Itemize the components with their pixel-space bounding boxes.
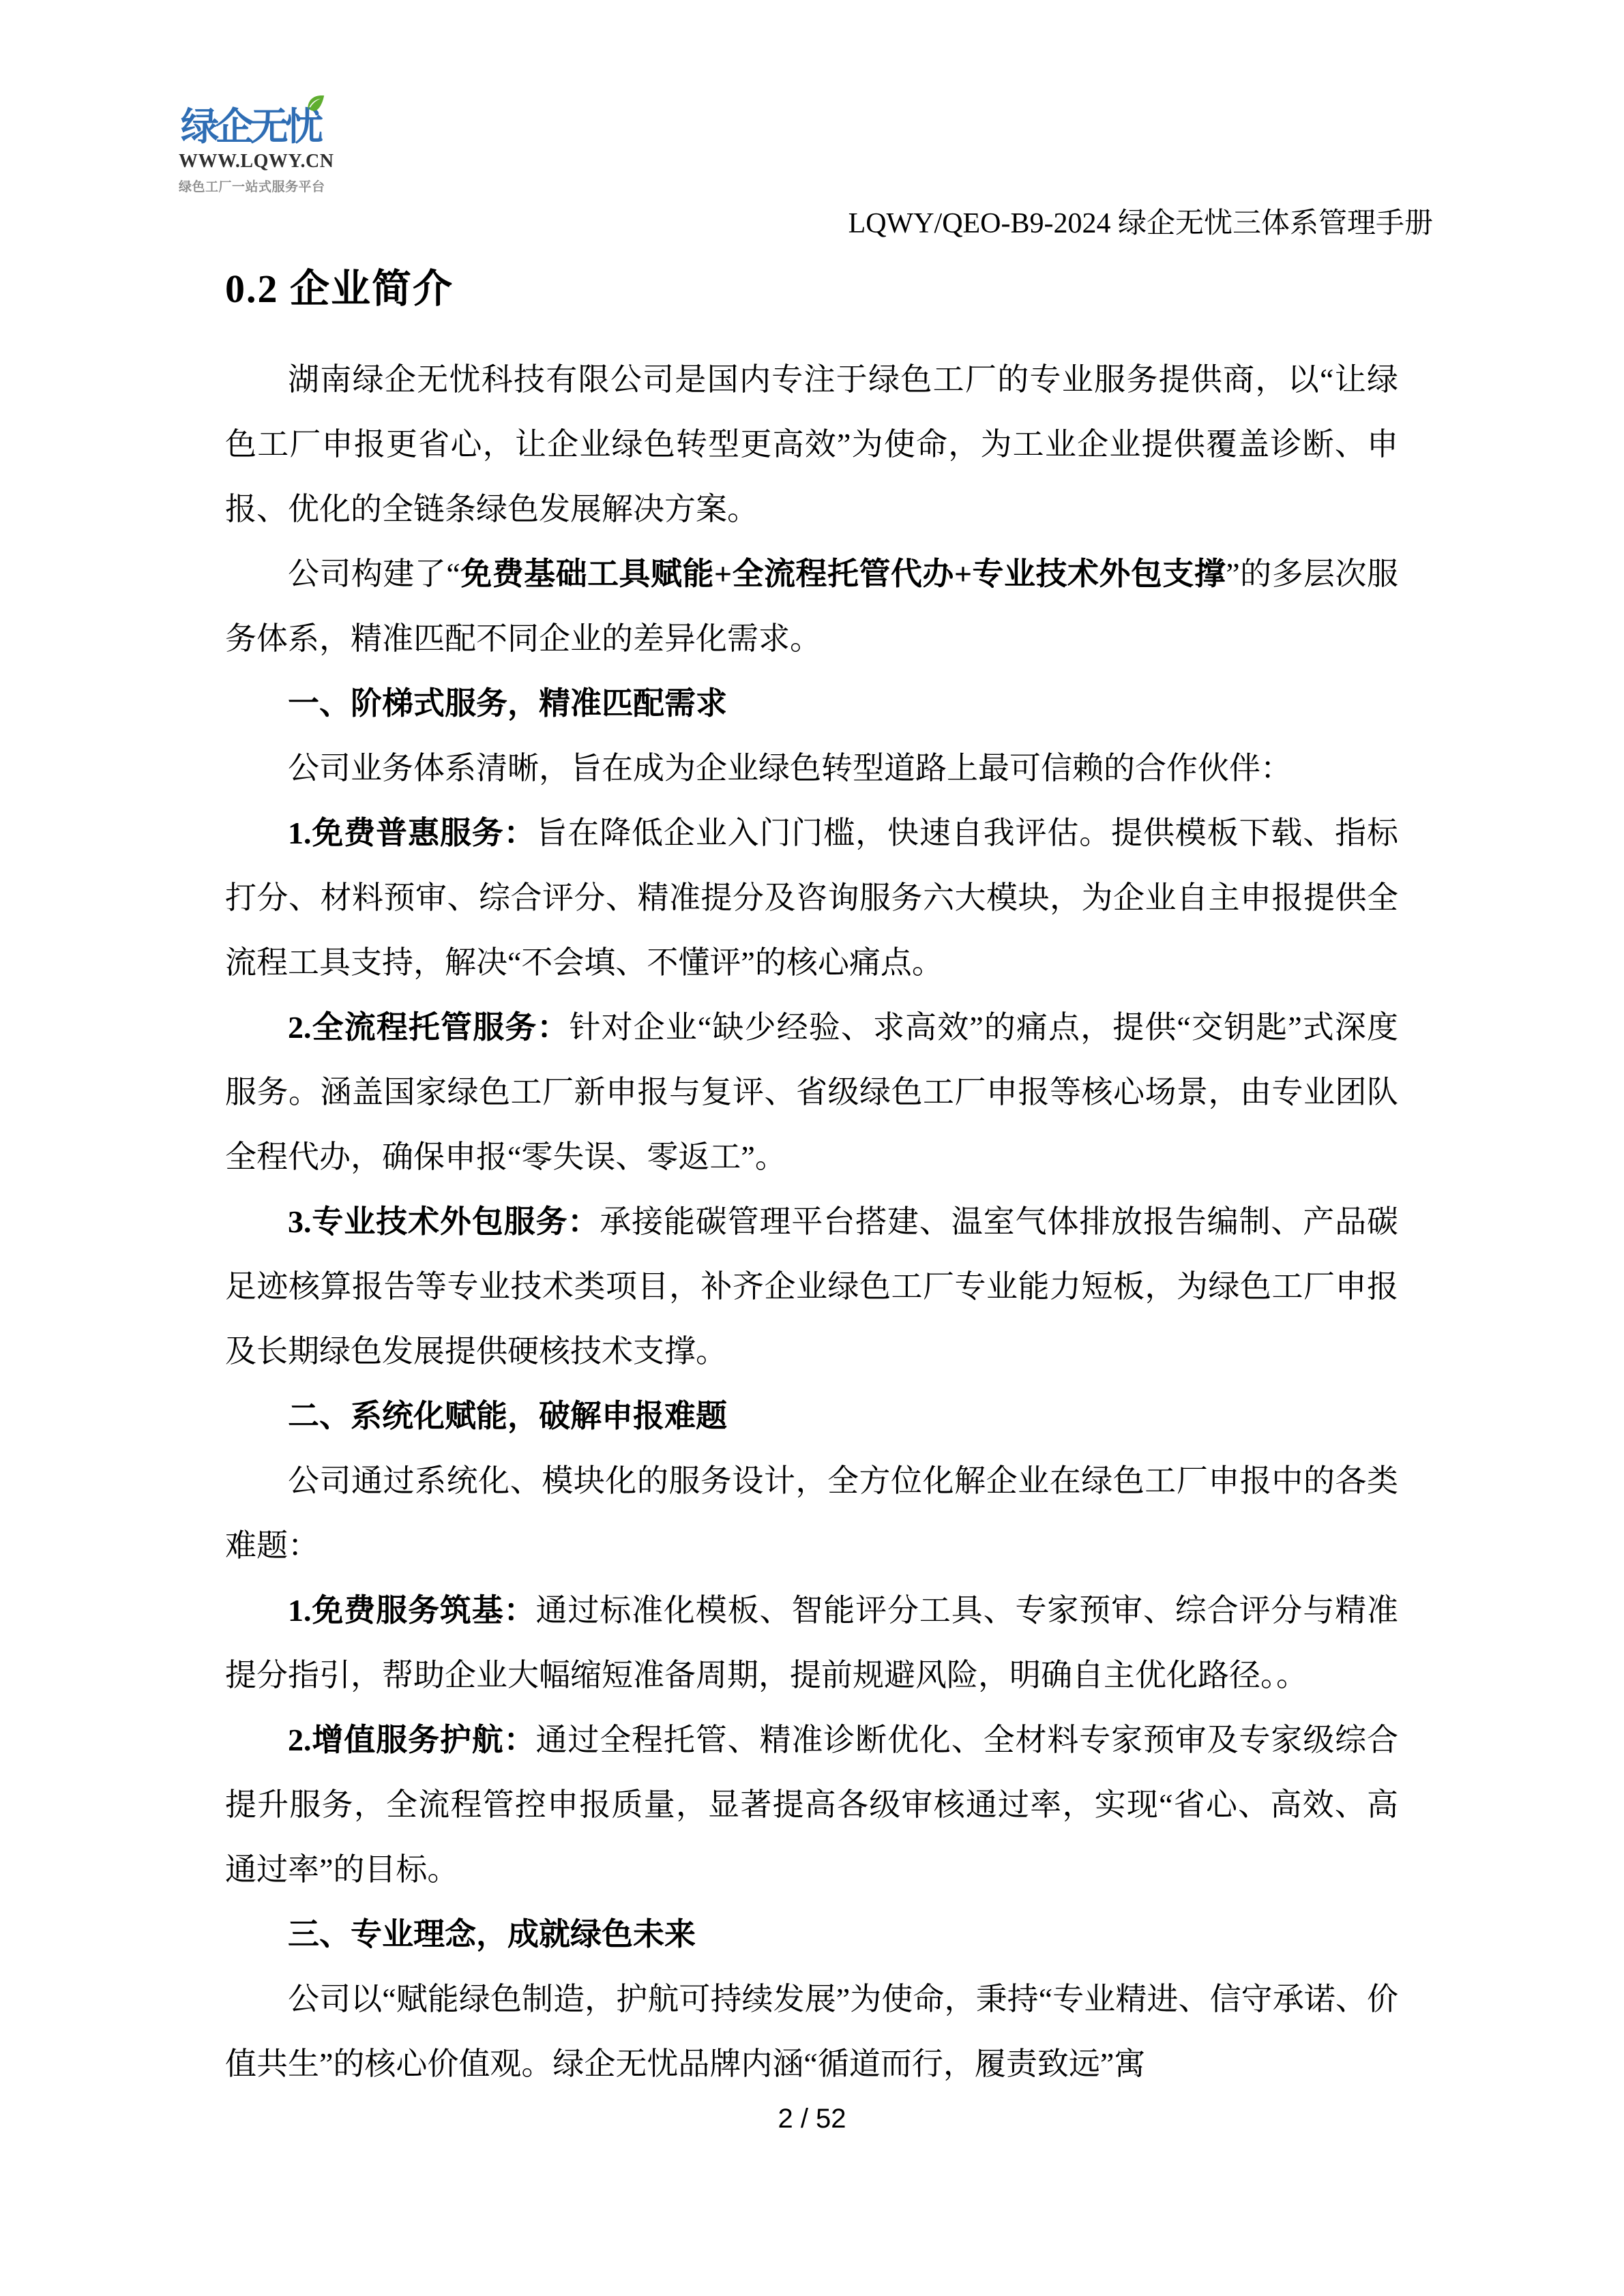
section-heading: 三、专业理念，成就绿色未来 <box>225 1902 1398 1967</box>
paragraph: 1.免费服务筑基：通过标准化模板、智能评分工具、专家预审、综合评分与精准提分指引… <box>225 1578 1398 1708</box>
bold-text-run: 一、阶梯式服务，精准匹配需求 <box>288 686 727 721</box>
paragraph: 2.增值服务护航：通过全程托管、精准诊断优化、全材料专家预审及专家级综合提升服务… <box>225 1708 1398 1902</box>
logo-website: WWW.LQWY.CN <box>179 151 322 173</box>
text-run: 湖南绿企无忧科技有限公司是国内专注于绿色工厂的专业服务提供商，以“让绿色工厂申报… <box>225 362 1398 526</box>
paragraph: 3.专业技术外包服务：承接能碳管理平台搭建、温室气体排放报告编制、产品碳足迹核算… <box>225 1189 1398 1384</box>
bold-text-run: 2.全流程托管服务： <box>288 1010 569 1045</box>
section-title: 0.2 企业简介 <box>225 263 1398 316</box>
text-run: 公司构建了“ <box>288 556 460 591</box>
leaf-icon <box>302 90 328 116</box>
text-run: 公司通过系统化、模块化的服务设计，全方位化解企业在绿色工厂申报中的各类难题： <box>225 1463 1398 1563</box>
paragraph: 湖南绿企无忧科技有限公司是国内专注于绿色工厂的专业服务提供商，以“让绿色工厂申报… <box>225 347 1398 541</box>
paragraph: 1.免费普惠服务：旨在降低企业入门门槛，快速自我评估。提供模板下载、指标打分、材… <box>225 801 1398 995</box>
bold-text-run: 1.免费普惠服务： <box>288 816 535 850</box>
bold-text-run: 免费基础工具赋能+全流程托管代办+专业技术外包支撑 <box>460 556 1226 591</box>
section-heading: 一、阶梯式服务，精准匹配需求 <box>225 671 1398 736</box>
bold-text-run: 三、专业理念，成就绿色未来 <box>288 1917 696 1952</box>
paragraph: 2.全流程托管服务：针对企业“缺少经验、求高效”的痛点，提供“交钥匙”式深度服务… <box>225 995 1398 1189</box>
bold-text-run: 二、系统化赋能，破解申报难题 <box>288 1399 727 1433</box>
document-page: 绿企无忧 WWW.LQWY.CN 绿色工厂一站式服务平台 LQWY/QEO-B9… <box>0 0 1624 2296</box>
page-footer: 2 / 52 <box>0 2104 1624 2134</box>
logo-tagline: 绿色工厂一站式服务平台 <box>179 177 322 195</box>
text-run: 公司以“赋能绿色制造，护航可持续发展”为使命，秉持“专业精进、信守承诺、价值共生… <box>225 1982 1398 2081</box>
logo-wordmark: 绿企无忧 <box>181 106 320 149</box>
document-body: 湖南绿企无忧科技有限公司是国内专注于绿色工厂的专业服务提供商，以“让绿色工厂申报… <box>225 347 1398 2096</box>
paragraph: 公司通过系统化、模块化的服务设计，全方位化解企业在绿色工厂申报中的各类难题： <box>225 1448 1398 1578</box>
bold-text-run: 1.免费服务筑基： <box>288 1593 535 1628</box>
document-content: 0.2 企业简介 湖南绿企无忧科技有限公司是国内专注于绿色工厂的专业服务提供商，… <box>225 263 1398 2096</box>
section-heading: 二、系统化赋能，破解申报难题 <box>225 1384 1398 1448</box>
text-run: 公司业务体系清晰，旨在成为企业绿色转型道路上最可信赖的合作伙伴： <box>288 751 1292 786</box>
bold-text-run: 2.增值服务护航： <box>288 1723 535 1757</box>
paragraph: 公司构建了“免费基础工具赋能+全流程托管代办+专业技术外包支撑”的多层次服务体系… <box>225 541 1398 671</box>
document-code-header: LQWY/QEO-B9-2024 绿企无忧三体系管理手册 <box>848 206 1433 241</box>
paragraph: 公司业务体系清晰，旨在成为企业绿色转型道路上最可信赖的合作伙伴： <box>225 736 1398 801</box>
bold-text-run: 3.专业技术外包服务： <box>288 1204 600 1239</box>
paragraph: 公司以“赋能绿色制造，护航可持续发展”为使命，秉持“专业精进、信守承诺、价值共生… <box>225 1967 1398 2096</box>
company-logo: 绿企无忧 WWW.LQWY.CN 绿色工厂一站式服务平台 <box>179 106 322 195</box>
page-number: 2 / 52 <box>778 2104 846 2134</box>
